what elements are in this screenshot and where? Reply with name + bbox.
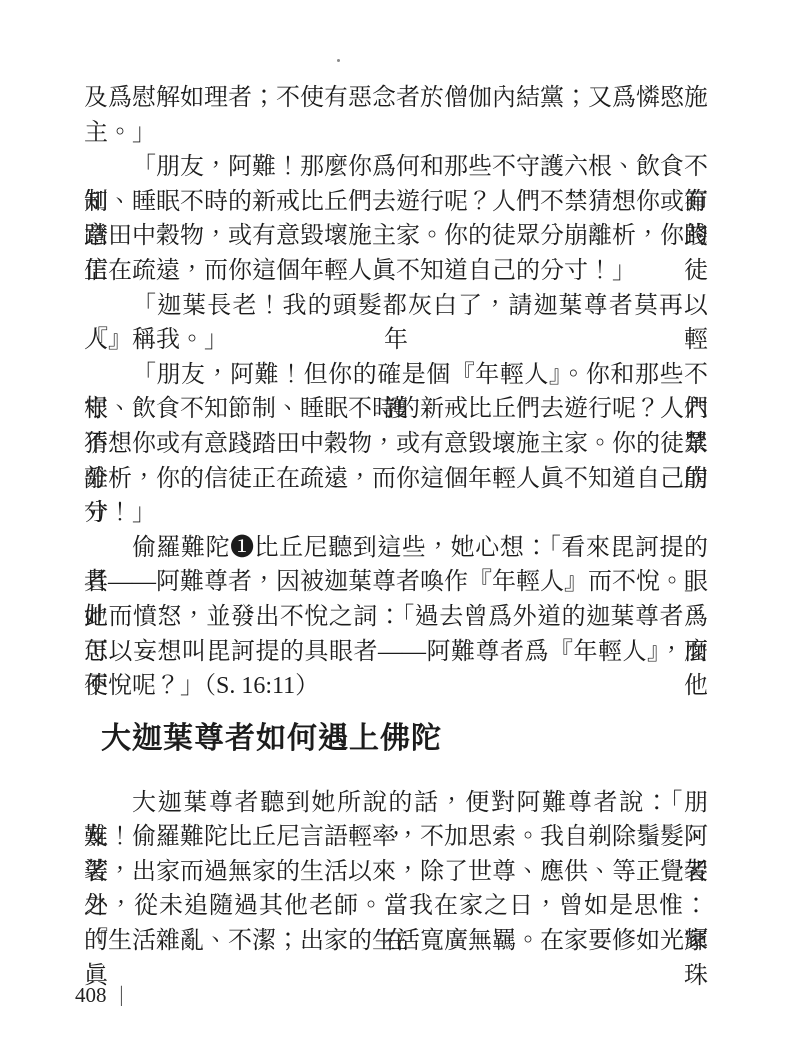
paragraph: 「迦葉長老！我的頭髮都灰白了，請迦葉尊者莫再以『年輕人』稱我。」: [84, 289, 708, 358]
text-line: 可以妄想叫毘訶提的具眼者——阿難尊者爲『年輕人』，而使他: [84, 635, 708, 670]
book-page: 及爲慰解如理者；不使有惡念者於僧伽內結黨；又爲憐愍施主。」「朋友，阿難！那麼你爲…: [0, 0, 792, 1056]
text-line: 外，從未追隨過其他老師。當我在家之日，曾如是思惟：『在家: [84, 889, 708, 924]
text-line: 此而憤怒，並發出不悅之詞：「過去曾爲外道的迦葉尊者，怎麼: [84, 600, 708, 635]
text-line: 正在疏遠，而你這個年輕人眞不知道自己的分寸！」: [84, 254, 708, 289]
text-line: 寸！」: [84, 496, 708, 531]
text-line: 主。」: [84, 116, 708, 151]
footer-divider: |: [120, 983, 124, 1008]
text-line: 猜想你或有意踐踏田中穀物，或有意毀壞施主家。你的徒眾分崩: [84, 427, 708, 462]
text-line: 踏田中穀物，或有意毀壞施主家。你的徒眾分崩離析，你的信徒: [84, 219, 708, 254]
scan-speck: [337, 59, 340, 62]
paragraph: 及爲慰解如理者；不使有惡念者於僧伽內結黨；又爲憐愍施主。」: [84, 81, 708, 150]
text-line: 離析，你的信徒正在疏遠，而你這個年輕人眞不知道自己的分: [84, 462, 708, 497]
text-line: 制、睡眠不時的新戒比丘們去遊行呢？人們不禁猜想你或有意踐: [84, 185, 708, 220]
text-line: 及爲慰解如理者；不使有惡念者於僧伽內結黨；又爲憐愍施: [84, 81, 708, 116]
text-line: 偷羅難陀❶比丘尼聽到這些，她心想：「看來毘訶提的具眼: [84, 531, 708, 566]
paragraph: 大迦葉尊者聽到她所說的話，便對阿難尊者說：「朋友，阿難！偷羅難陀比丘尼言語輕率，…: [84, 786, 708, 959]
text-line: 「迦葉長老！我的頭髮都灰白了，請迦葉尊者莫再以『年輕: [84, 289, 708, 324]
text-line: 根、飲食不知節制、睡眠不時的新戒比丘們去遊行呢？人們不禁: [84, 392, 708, 427]
text-line: 大迦葉尊者聽到她所說的話，便對阿難尊者說：「朋友，阿: [84, 786, 708, 821]
page-footer: 408 |: [75, 983, 123, 1008]
page-number: 408: [75, 983, 107, 1008]
text-line: 者——阿難尊者，因被迦葉尊者喚作『年輕人』而不悅。」她爲: [84, 565, 708, 600]
text-line: 「朋友，阿難！但你的確是個『年輕人』。你和那些不守護六: [84, 358, 708, 393]
paragraph: 偷羅難陀❶比丘尼聽到這些，她心想：「看來毘訶提的具眼者——阿難尊者，因被迦葉尊者…: [84, 531, 708, 704]
section-heading: 大迦葉尊者如何遇上佛陀: [84, 718, 708, 760]
paragraph: 「朋友，阿難！但你的確是個『年輕人』。你和那些不守護六根、飲食不知節制、睡眠不時…: [84, 358, 708, 531]
text-line: 難！偷羅難陀比丘尼言語輕率，不加思索。我自剃除鬚髮、著袈: [84, 820, 708, 855]
text-column: 及爲慰解如理者；不使有惡念者於僧伽內結黨；又爲憐愍施主。」「朋友，阿難！那麼你爲…: [84, 81, 708, 959]
text-line: 「朋友，阿難！那麼你爲何和那些不守護六根、飲食不知節: [84, 150, 708, 185]
paragraph: 「朋友，阿難！那麼你爲何和那些不守護六根、飲食不知節制、睡眠不時的新戒比丘們去遊…: [84, 150, 708, 288]
text-line: 裟，出家而過無家的生活以來，除了世尊、應供、等正覺者之: [84, 855, 708, 890]
text-line: 的生活雜亂、不潔；出家的生活寬廣無羈。在家要修如光輝眞珠: [84, 924, 708, 959]
